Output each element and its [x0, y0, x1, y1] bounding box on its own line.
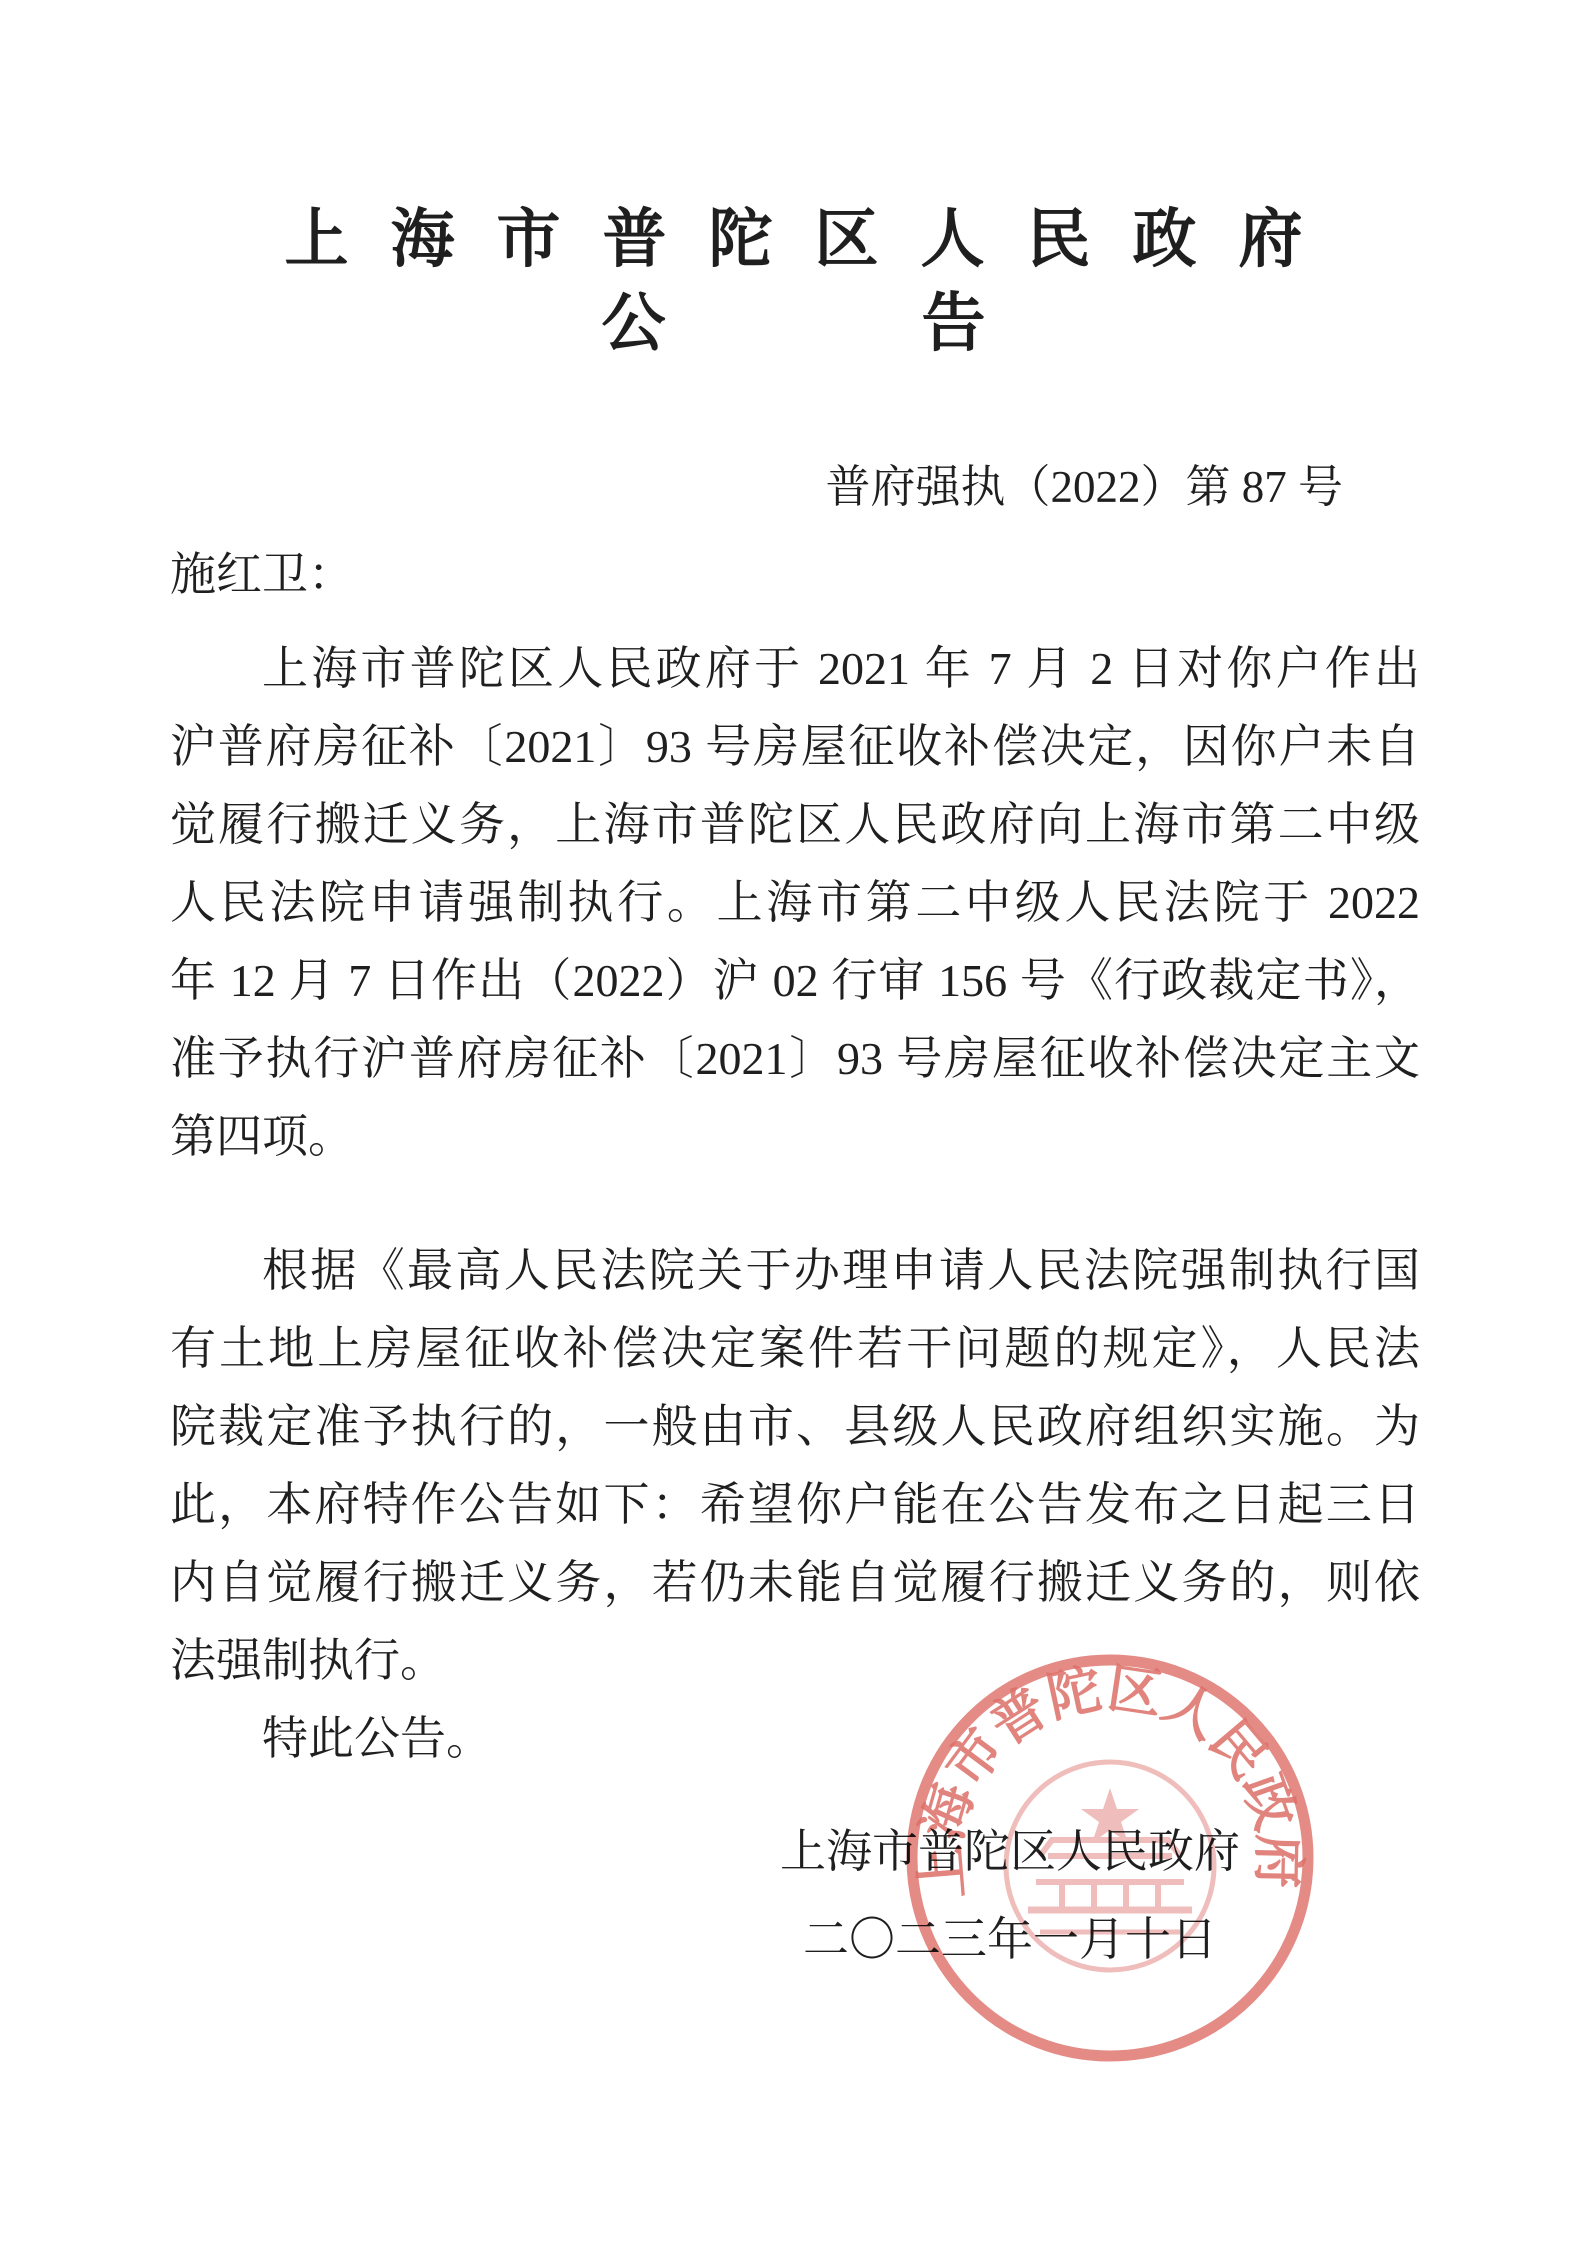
body-line: 第四项。: [170, 1098, 1420, 1176]
body-line: 根据《最高人民法院关于办理申请人民法院强制执行国: [170, 1232, 1420, 1310]
body-line: 此，本府特作公告如下：希望你户能在公告发布之日起三日: [170, 1466, 1420, 1544]
paragraph-2: 根据《最高人民法院关于办理申请人民法院强制执行国 有土地上房屋征收补偿决定案件若…: [170, 1232, 1420, 1700]
paragraph-1: 上海市普陀区人民政府于 2021 年 7 月 2 日对你户作出 沪普府房征补〔2…: [170, 630, 1420, 1176]
body-line: 准予执行沪普府房征补〔2021〕93 号房屋征收补偿决定主文: [170, 1020, 1420, 1098]
body-line: 人民法院申请强制执行。上海市第二中级人民法院于 2022: [170, 864, 1420, 942]
body-line: 法强制执行。: [170, 1622, 1420, 1700]
announcement-page: 上海市普陀区人民政府 公告 普府强执（2022）第 87 号 施红卫： 上海市普…: [0, 0, 1587, 2243]
document-number: 普府强执（2022）第 87 号: [825, 450, 1343, 515]
body-line: 内自觉履行搬迁义务，若仍未能自觉履行搬迁义务的，则依: [170, 1544, 1420, 1622]
page-subtitle: 公告: [0, 272, 1587, 364]
signature-block: 上海市普陀区人民政府 二〇二三年一月十日: [780, 1820, 1240, 1972]
signature-authority: 上海市普陀区人民政府: [780, 1820, 1240, 1884]
body-line: 沪普府房征补〔2021〕93 号房屋征收补偿决定，因你户未自: [170, 708, 1420, 786]
closing-paragraph: 特此公告。: [170, 1700, 1420, 1778]
body-line: 有土地上房屋征收补偿决定案件若干问题的规定》，人民法: [170, 1310, 1420, 1388]
body-line: 上海市普陀区人民政府于 2021 年 7 月 2 日对你户作出: [170, 630, 1420, 708]
page-title: 上海市普陀区人民政府: [0, 188, 1587, 280]
body-line: 年 12 月 7 日作出（2022）沪 02 行审 156 号《行政裁定书》，: [170, 942, 1420, 1020]
body-line: 觉履行搬迁义务，上海市普陀区人民政府向上海市第二中级: [170, 786, 1420, 864]
recipient-name: 施红卫：: [170, 538, 354, 604]
signature-date: 二〇二三年一月十日: [780, 1908, 1240, 1972]
closing-text: 特此公告。: [170, 1700, 1420, 1778]
body-line: 院裁定准予执行的，一般由市、县级人民政府组织实施。为: [170, 1388, 1420, 1466]
